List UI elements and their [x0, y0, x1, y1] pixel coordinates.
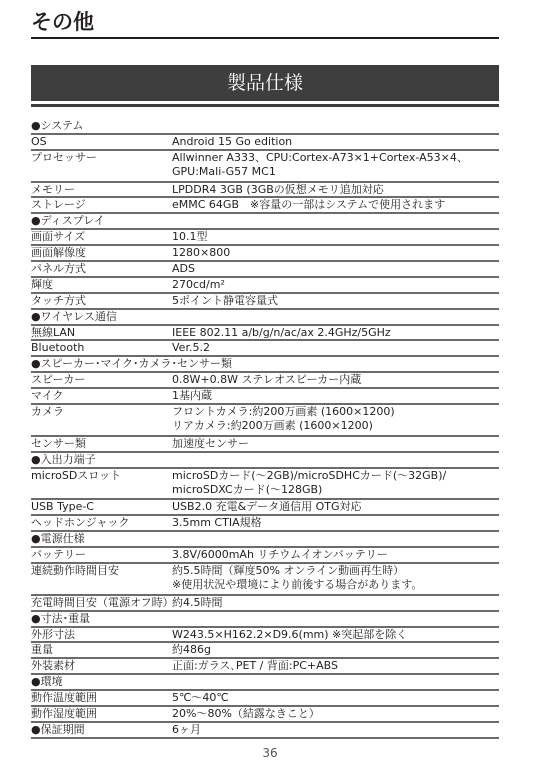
- spec-value: 約4.5時間: [172, 596, 499, 610]
- section-label: ●入出力端子: [31, 453, 172, 467]
- spec-label: 動作温度範囲: [31, 691, 172, 705]
- spec-row: 充電時間目安（電源オフ時）約4.5時間: [31, 596, 499, 612]
- spec-table: ●システムOSAndroid 15 Go editionプロセッサーAllwin…: [31, 119, 499, 739]
- spec-value: [172, 119, 499, 133]
- spec-label: スピーカー: [31, 373, 172, 387]
- spec-value-line: 6ヶ月: [172, 723, 499, 737]
- spec-value: 加速度センサー: [172, 437, 499, 451]
- spec-value-line: 3.8V/6000mAh リチウムイオンバッテリー: [172, 548, 499, 562]
- spec-value-line: USB2.0 充電&データ通信用 OTG対応: [172, 500, 499, 514]
- spec-row: 画面解像度1280×800: [31, 246, 499, 262]
- spec-value-line: 5ポイント静電容量式: [172, 294, 499, 308]
- spec-value: 20%～80%（結露なきこと）: [172, 707, 499, 721]
- spec-section-header: ●ワイヤレス通信: [31, 310, 499, 326]
- section-label: ●寸法･重量: [31, 612, 172, 626]
- spec-label: 画面サイズ: [31, 230, 172, 244]
- spec-row: パネル方式ADS: [31, 262, 499, 278]
- banner-title: 製品仕様: [227, 72, 303, 94]
- spec-row: 画面サイズ10.1型: [31, 230, 499, 246]
- spec-label: Bluetooth: [31, 341, 172, 355]
- spec-value-line: 20%～80%（結露なきこと）: [172, 707, 499, 721]
- spec-value: 1280×800: [172, 246, 499, 260]
- spec-value: Allwinner A333、CPU:Cortex-A73×1+Cortex-A…: [172, 151, 499, 181]
- spec-value: 3.8V/6000mAh リチウムイオンバッテリー: [172, 548, 499, 562]
- spec-value-line: eMMC 64GB ※容量の一部はシステムで使用されます: [172, 198, 499, 212]
- spec-row: タッチ方式5ポイント静電容量式: [31, 294, 499, 310]
- spec-section-header: ●システム: [31, 119, 499, 135]
- spec-label: センサー類: [31, 437, 172, 451]
- spec-value: IEEE 802.11 a/b/g/n/ac/ax 2.4GHz/5GHz: [172, 326, 499, 340]
- spec-row: スピーカー0.8W+0.8W ステレオスピーカー内蔵: [31, 373, 499, 389]
- spec-section-header: ●入出力端子: [31, 453, 499, 469]
- spec-value: 1基内蔵: [172, 389, 499, 403]
- spec-row: BluetoothVer.5.2: [31, 341, 499, 357]
- section-label: ●ワイヤレス通信: [31, 310, 172, 324]
- title-underline: [31, 37, 499, 39]
- spec-value: microSDカード(～2GB)/microSDHCカード(～32GB)/mic…: [172, 469, 499, 499]
- spec-label: 動作湿度範囲: [31, 707, 172, 721]
- spec-label: タッチ方式: [31, 294, 172, 308]
- spec-value-line: Ver.5.2: [172, 341, 499, 355]
- page-title: その他: [31, 8, 94, 36]
- spec-label: マイク: [31, 389, 172, 403]
- spec-row: OSAndroid 15 Go edition: [31, 135, 499, 151]
- spec-value: 5℃～40℃: [172, 691, 499, 705]
- page-number: 36: [0, 746, 540, 760]
- spec-label: 外装素材: [31, 659, 172, 673]
- spec-value-line: 正面:ガラス､PET / 背面:PC+ABS: [172, 659, 499, 673]
- spec-label: カメラ: [31, 405, 172, 435]
- spec-value: 10.1型: [172, 230, 499, 244]
- spec-value-line: microSDXCカード(～128GB): [172, 483, 499, 497]
- spec-label: バッテリー: [31, 548, 172, 562]
- spec-row: 連続動作時間目安約5.5時間（輝度50% オンライン動画再生時）※使用状況や環境…: [31, 564, 499, 596]
- spec-value: 270cd/m²: [172, 278, 499, 292]
- spec-value: ADS: [172, 262, 499, 276]
- spec-label: プロセッサー: [31, 151, 172, 181]
- spec-label: 連続動作時間目安: [31, 564, 172, 594]
- spec-section-header: ●ディスプレイ: [31, 214, 499, 230]
- spec-value: 6ヶ月: [172, 723, 499, 737]
- spec-value: 0.8W+0.8W ステレオスピーカー内蔵: [172, 373, 499, 387]
- spec-value: 約486g: [172, 643, 499, 657]
- spec-value-line: 約5.5時間（輝度50% オンライン動画再生時）: [172, 564, 499, 578]
- spec-row: USB Type-CUSB2.0 充電&データ通信用 OTG対応: [31, 500, 499, 516]
- spec-label: 無線LAN: [31, 326, 172, 340]
- spec-value: LPDDR4 3GB (3GBの仮想メモリ追加対応: [172, 183, 499, 197]
- spec-label: 輝度: [31, 278, 172, 292]
- spec-value-line: 1基内蔵: [172, 389, 499, 403]
- spec-value-line: 加速度センサー: [172, 437, 499, 451]
- section-label: ●スピーカー･マイク･カメラ･センサー類: [31, 357, 172, 371]
- spec-value: eMMC 64GB ※容量の一部はシステムで使用されます: [172, 198, 499, 212]
- spec-value-line: Android 15 Go edition: [172, 135, 499, 149]
- spec-row: センサー類加速度センサー: [31, 437, 499, 453]
- spec-section-header: ●電源仕様: [31, 532, 499, 548]
- spec-row: 外装素材正面:ガラス､PET / 背面:PC+ABS: [31, 659, 499, 675]
- spec-value-line: 270cd/m²: [172, 278, 499, 292]
- spec-label: 外形寸法: [31, 628, 172, 642]
- spec-row: メモリーLPDDR4 3GB (3GBの仮想メモリ追加対応: [31, 183, 499, 199]
- spec-value-line: Allwinner A333、CPU:Cortex-A73×1+Cortex-A…: [172, 151, 499, 165]
- spec-value: [172, 675, 499, 689]
- spec-label: microSDスロット: [31, 469, 172, 499]
- spec-row: 動作湿度範囲20%～80%（結露なきこと）: [31, 707, 499, 723]
- spec-row: バッテリー3.8V/6000mAh リチウムイオンバッテリー: [31, 548, 499, 564]
- spec-label: 充電時間目安（電源オフ時）: [31, 596, 172, 610]
- spec-row: プロセッサーAllwinner A333、CPU:Cortex-A73×1+Co…: [31, 151, 499, 183]
- spec-row: ヘッドホンジャック3.5mm CTIA規格: [31, 516, 499, 532]
- spec-value-line: W243.5×H162.2×D9.6(mm) ※突起部を除く: [172, 628, 499, 642]
- spec-value-line: 約486g: [172, 643, 499, 657]
- spec-value-line: ※使用状況や環境により前後する場合があります。: [172, 578, 499, 592]
- spec-label: 画面解像度: [31, 246, 172, 260]
- spec-value: 3.5mm CTIA規格: [172, 516, 499, 530]
- spec-value-line: 3.5mm CTIA規格: [172, 516, 499, 530]
- spec-row: マイク1基内蔵: [31, 389, 499, 405]
- spec-value: 約5.5時間（輝度50% オンライン動画再生時）※使用状況や環境により前後する場…: [172, 564, 499, 594]
- spec-value-line: IEEE 802.11 a/b/g/n/ac/ax 2.4GHz/5GHz: [172, 326, 499, 340]
- spec-value: [172, 310, 499, 324]
- spec-value: フロントカメラ:約200万画素 (1600×1200)リアカメラ:約200万画素…: [172, 405, 499, 435]
- spec-row: 外形寸法W243.5×H162.2×D9.6(mm) ※突起部を除く: [31, 628, 499, 644]
- spec-label: ヘッドホンジャック: [31, 516, 172, 530]
- section-label: ●環境: [31, 675, 172, 689]
- spec-label: パネル方式: [31, 262, 172, 276]
- spec-value-line: 10.1型: [172, 230, 499, 244]
- spec-section-header: ●寸法･重量: [31, 612, 499, 628]
- spec-value-line: 1280×800: [172, 246, 499, 260]
- spec-row: 重量約486g: [31, 643, 499, 659]
- spec-value: USB2.0 充電&データ通信用 OTG対応: [172, 500, 499, 514]
- spec-value-line: 0.8W+0.8W ステレオスピーカー内蔵: [172, 373, 499, 387]
- spec-value: 正面:ガラス､PET / 背面:PC+ABS: [172, 659, 499, 673]
- spec-value: [172, 453, 499, 467]
- spec-value-line: 5℃～40℃: [172, 691, 499, 705]
- spec-value-line: LPDDR4 3GB (3GBの仮想メモリ追加対応: [172, 183, 499, 197]
- spec-label: ●保証期間: [31, 723, 172, 737]
- spec-value-line: ADS: [172, 262, 499, 276]
- spec-label: USB Type-C: [31, 500, 172, 514]
- banner-rule: [31, 104, 499, 107]
- spec-value: [172, 612, 499, 626]
- spec-label: メモリー: [31, 183, 172, 197]
- spec-label: OS: [31, 135, 172, 149]
- spec-banner: 製品仕様: [31, 65, 499, 101]
- spec-value-line: microSDカード(～2GB)/microSDHCカード(～32GB)/: [172, 469, 499, 483]
- spec-value: [172, 532, 499, 546]
- spec-row: ストレージeMMC 64GB ※容量の一部はシステムで使用されます: [31, 198, 499, 214]
- section-label: ●システム: [31, 119, 172, 133]
- spec-row: 無線LANIEEE 802.11 a/b/g/n/ac/ax 2.4GHz/5G…: [31, 326, 499, 342]
- spec-section-header: ●環境: [31, 675, 499, 691]
- spec-row: 輝度270cd/m²: [31, 278, 499, 294]
- spec-row: 動作温度範囲5℃～40℃: [31, 691, 499, 707]
- spec-value: 5ポイント静電容量式: [172, 294, 499, 308]
- spec-value: Ver.5.2: [172, 341, 499, 355]
- spec-value: Android 15 Go edition: [172, 135, 499, 149]
- spec-value: [172, 357, 499, 371]
- spec-row: microSDスロットmicroSDカード(～2GB)/microSDHCカード…: [31, 469, 499, 501]
- section-label: ●電源仕様: [31, 532, 172, 546]
- spec-value-line: 約4.5時間: [172, 596, 499, 610]
- spec-row: ●保証期間6ヶ月: [31, 723, 499, 739]
- section-label: ●ディスプレイ: [31, 214, 172, 228]
- spec-section-header: ●スピーカー･マイク･カメラ･センサー類: [31, 357, 499, 373]
- spec-value: W243.5×H162.2×D9.6(mm) ※突起部を除く: [172, 628, 499, 642]
- spec-label: 重量: [31, 643, 172, 657]
- spec-value-line: GPU:Mali-G57 MC1: [172, 165, 499, 179]
- spec-label: ストレージ: [31, 198, 172, 212]
- spec-value-line: リアカメラ:約200万画素 (1600×1200): [172, 419, 499, 433]
- spec-row: カメラフロントカメラ:約200万画素 (1600×1200)リアカメラ:約200…: [31, 405, 499, 437]
- spec-value-line: フロントカメラ:約200万画素 (1600×1200): [172, 405, 499, 419]
- spec-value: [172, 214, 499, 228]
